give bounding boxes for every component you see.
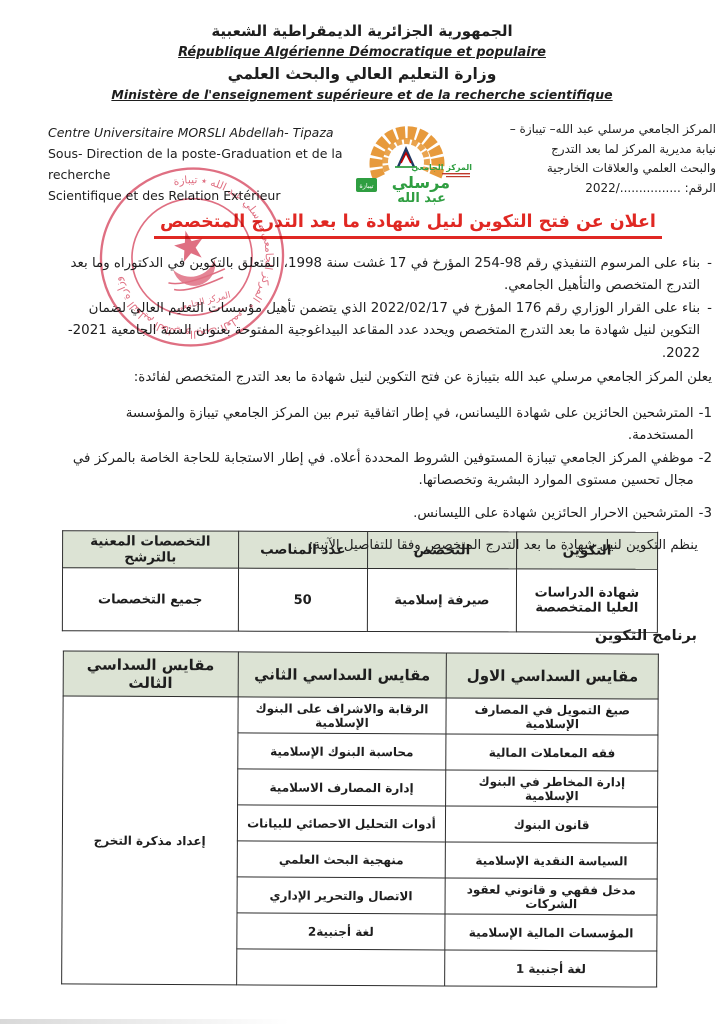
- item-number: 2-: [699, 448, 712, 493]
- sender-ar-line3: والبحث العلمي والعلاقات الخارجية: [501, 159, 716, 179]
- column-header-semester2: مقايس السداسي الثاني: [238, 652, 447, 698]
- cell-sem2-module: [236, 949, 445, 986]
- program-modules-table: مقايس السداسي الاول مقايس السداسي الثاني…: [61, 650, 659, 987]
- announcement-title-text: اعلان عن فتح التكوين لنيل شهادة ما بعد ا…: [154, 212, 662, 239]
- logo-calligraphy-1: مرسلي: [392, 173, 450, 193]
- logo-calligraphy-2: عبد الله: [397, 191, 446, 206]
- document-body: - بناء على المرسوم التنفيذي رقم 98-254 ا…: [56, 253, 712, 571]
- announcement-title: اعلان عن فتح التكوين لنيل شهادة ما بعد ا…: [96, 212, 720, 239]
- cell-sem1-module: السياسة النقدية الإسلامية: [446, 842, 658, 879]
- scan-edge-artifact: [0, 1019, 724, 1024]
- legal-basis-1: - بناء على المرسوم التنفيذي رقم 98-254 ا…: [56, 253, 712, 298]
- beneficiary-item-2: 2- موظفي المركز الجامعي تيبازة المستوفين…: [56, 448, 712, 493]
- beneficiary-item-3-text: المترشحين الاحرار الحائزين شهادة على الل…: [413, 503, 694, 525]
- cell-sem1-module: فقه المعاملات المالية: [446, 734, 658, 771]
- scanned-announcement-page: الجمهورية الجزائرية الديمقراطية الشعبية …: [0, 0, 724, 1024]
- cell-sem2-module: الرقابة والاشراف على البنوك الإسلامية: [237, 697, 446, 734]
- sender-fr-line3: Scientifique et des Relation Extérieur: [48, 185, 378, 206]
- cell-eligible: جميع التخصصات: [62, 568, 238, 631]
- sender-block-ar: المركز الجامعي مرسلي عبد الله– تيبازة – …: [501, 120, 716, 198]
- university-logo-icon: المركز الجامعي مرسلي عبد الله تيبازة: [354, 121, 474, 207]
- column-header-semester1: مقايس السداسي الاول: [447, 653, 659, 699]
- logo-name-small: المركز الجامعي: [411, 163, 472, 172]
- cell-specialty: صيرفة إسلامية: [367, 569, 516, 632]
- sender-ar-line2: نيابة مديرية المركز لما بعد التدرج: [501, 140, 716, 160]
- beneficiary-item-2-text: موظفي المركز الجامعي تيبازة المستوفين ال…: [56, 448, 694, 493]
- sender-ar-line1: المركز الجامعي مرسلي عبد الله– تيبازة –: [501, 120, 716, 140]
- cell-sem2-module: لغة أجنبية2: [236, 913, 445, 950]
- sender-fr-line2: Sous- Direction de la poste-Graduation e…: [48, 143, 378, 185]
- sender-fr-line1: Centre Universitaire MORSLI Abdellah- Ti…: [48, 122, 378, 143]
- table-header-row: مقايس السداسي الاول مقايس السداسي الثاني…: [63, 651, 658, 699]
- table-row: صيغ التمويل في المصارف الإسلامية الرقابة…: [63, 696, 658, 735]
- dash-marker: -: [707, 298, 712, 365]
- cell-sem1-module: صيغ التمويل في المصارف الإسلامية: [446, 698, 658, 735]
- cell-sem2-module: إدارة المصارف الاسلامية: [237, 769, 446, 806]
- program-section-label: برنامج التكوين: [595, 628, 697, 644]
- sender-block-fr: Centre Universitaire MORSLI Abdellah- Ti…: [48, 122, 378, 206]
- cell-training: شهادة الدراسات العليا المتخصصة: [516, 569, 657, 632]
- beneficiary-item-3: 3- المترشحين الاحرار الحائزين شهادة على …: [56, 503, 712, 525]
- republic-name-fr: République Algérienne Démocratique et po…: [0, 45, 724, 60]
- republic-name-ar: الجمهورية الجزائرية الديمقراطية الشعبية: [0, 22, 724, 40]
- reference-number-line: الرقم: ................/2022: [501, 179, 716, 199]
- column-header-semester3: مقايس السداسي الثالث: [63, 651, 238, 697]
- legal-basis-1-text: بناء على المرسوم التنفيذي رقم 98-254 الم…: [56, 253, 700, 298]
- cell-positions: 50: [238, 568, 368, 631]
- cell-sem2-module: محاسبة البنوك الإسلامية: [237, 733, 446, 770]
- ministry-name-ar: وزارة التعليم العالي والبحث العلمي: [0, 65, 724, 83]
- cell-sem2-module: منهجية البحث العلمي: [237, 841, 446, 878]
- announcement-paragraph: يعلن المركز الجامعي مرسلي عبد الله بتيبا…: [56, 367, 712, 389]
- cell-sem1-module: قانون البنوك: [446, 806, 658, 843]
- dash-marker: -: [707, 253, 712, 298]
- legal-basis-2-text: بناء على القرار الوزاري رقم 176 المؤرخ ف…: [56, 298, 700, 365]
- beneficiary-item-1-text: المترشحين الحائزين على شهادة الليسانس، ف…: [56, 403, 694, 448]
- logo-city-label: تيبازة: [359, 182, 373, 190]
- item-number: 1-: [699, 403, 712, 448]
- organize-paragraph: ينظم التكوين لنيل شهادة ما بعد التدرج ال…: [56, 535, 712, 557]
- item-number: 3-: [699, 503, 712, 525]
- cell-sem1-module: إدارة المخاطر في البنوك الإسلامية: [446, 770, 658, 807]
- cell-sem3-merged: إعداد مذكرة التخرج: [62, 696, 238, 985]
- table-row: شهادة الدراسات العليا المتخصصة صيرفة إسل…: [62, 568, 657, 633]
- cell-sem1-module: مدخل فقهي و قانوني لعقود الشركات: [445, 878, 657, 915]
- ministry-name-fr: Ministère de l'enseignement supérieure e…: [0, 87, 724, 102]
- beneficiary-item-1: 1- المترشحين الحائزين على شهادة الليسانس…: [56, 403, 712, 448]
- letterhead: الجمهورية الجزائرية الديمقراطية الشعبية …: [0, 22, 724, 102]
- cell-sem2-module: أدوات التحليل الاحصائي للبيانات: [237, 805, 446, 842]
- legal-basis-2: - بناء على القرار الوزاري رقم 176 المؤرخ…: [56, 298, 712, 365]
- cell-sem2-module: الاتصال والتحرير الإداري: [237, 877, 446, 914]
- cell-sem1-module: المؤسسات المالية الإسلامية: [445, 914, 657, 951]
- cell-sem1-module: لغة أجنبية 1: [445, 950, 657, 987]
